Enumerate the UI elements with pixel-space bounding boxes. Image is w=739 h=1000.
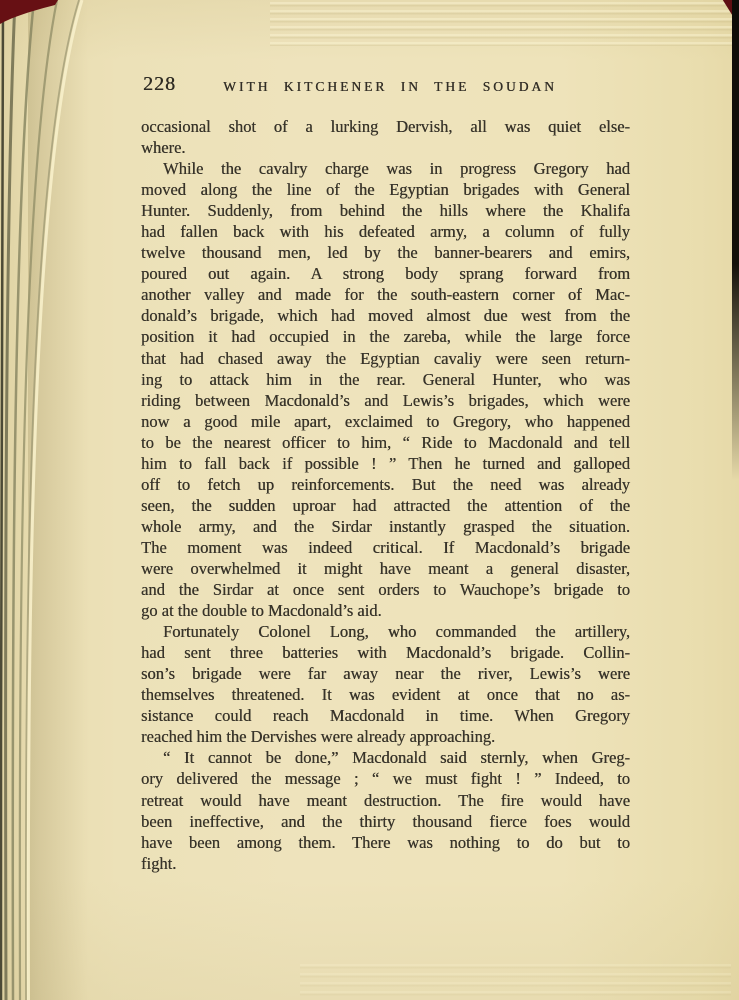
text-line: now a good mile apart, exclaimed to Greg… [141, 411, 630, 432]
text-line: ory delivered the message ; “ we must fi… [141, 768, 630, 789]
page-top-edge-banding [270, 2, 733, 46]
book-page-scan: 228 WITH KITCHENER IN THE SOUDAN occasio… [0, 0, 739, 1000]
text-line: off to fetch up reinforcements. But the … [141, 474, 630, 495]
text-line: another valley and made for the south-ea… [141, 284, 630, 305]
text-line: riding between Macdonald’s and Lewis’s b… [141, 390, 630, 411]
book-cover-corner-right [721, 0, 739, 26]
text-line: and the Sirdar at once sent orders to Wa… [141, 579, 630, 600]
text-line: to be the nearest officer to him, “ Ride… [141, 432, 630, 453]
text-line: moved along the line of the Egyptian bri… [141, 179, 630, 200]
text-line: fight. [141, 853, 630, 874]
text-line: had fallen back with his defeated army, … [141, 221, 630, 242]
text-line: Fortunately Colonel Long, who commanded … [141, 621, 630, 642]
text-line: go at the double to Macdonald’s aid. [141, 600, 630, 621]
text-line: reached him the Dervishes were already a… [141, 726, 630, 747]
text-line: whole army, and the Sirdar instantly gra… [141, 516, 630, 537]
text-line: occasional shot of a lurking Dervish, al… [141, 116, 630, 137]
text-line: “ It cannot be done,” Macdonald said ste… [141, 747, 630, 768]
binding-shadow [28, 0, 88, 1000]
text-line: been ineffective, and the thirty thousan… [141, 811, 630, 832]
running-header: WITH KITCHENER IN THE SOUDAN [150, 79, 630, 95]
text-line: themselves threatened. It was evident at… [141, 684, 630, 705]
text-line: him to fall back if possible ! ” Then he… [141, 453, 630, 474]
text-line: where. [141, 137, 630, 158]
text-line: seen, the sudden uproar had attracted th… [141, 495, 630, 516]
text-line: ing to attack him in the rear. General H… [141, 369, 630, 390]
book-cover-corner [0, 0, 58, 24]
text-line: While the cavalry charge was in progress… [141, 158, 630, 179]
text-line: son’s brigade were far away near the riv… [141, 663, 630, 684]
page-bottom-edge-banding [300, 964, 731, 998]
right-board-edge [732, 0, 739, 480]
text-line: sistance could reach Macdonald in time. … [141, 705, 630, 726]
stacked-page-edges [0, 0, 95, 1000]
text-line: The moment was indeed critical. If Macdo… [141, 537, 630, 558]
text-line: had sent three batteries with Macdonald’… [141, 642, 630, 663]
text-line: position it had occupied in the zareba, … [141, 326, 630, 347]
body-text: occasional shot of a lurking Dervish, al… [141, 116, 630, 874]
text-line: retreat would have meant destruction. Th… [141, 790, 630, 811]
text-line: poured out again. A strong body sprang f… [141, 263, 630, 284]
text-line: have been among them. There was nothing … [141, 832, 630, 853]
text-line: donald’s brigade, which had moved almost… [141, 305, 630, 326]
text-line: Hunter. Suddenly, from behind the hills … [141, 200, 630, 221]
text-line: that had chased away the Egyptian cavali… [141, 348, 630, 369]
text-line: twelve thousand men, led by the banner-b… [141, 242, 630, 263]
text-line: were overwhelmed it might have meant a g… [141, 558, 630, 579]
